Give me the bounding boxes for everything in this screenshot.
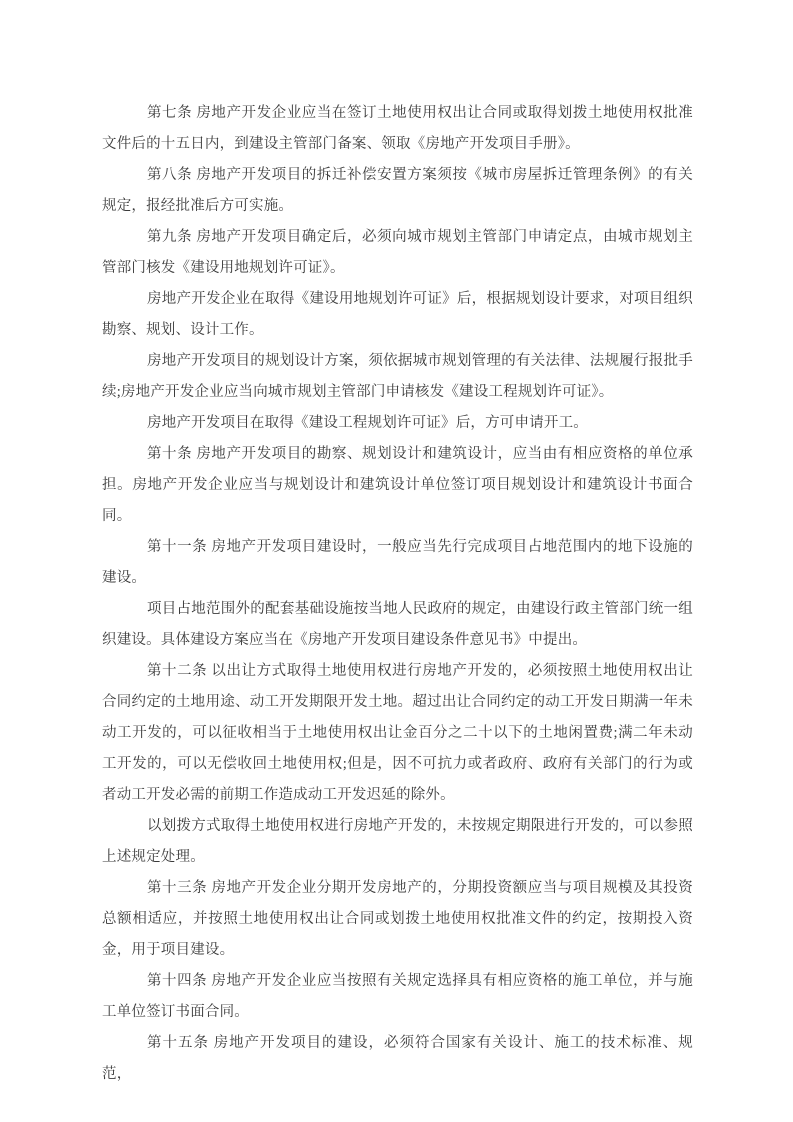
paragraph-article-7: 第七条 房地产开发企业应当在签订土地使用权出让合同或取得划拨土地使用权批准文件后… [102, 98, 693, 160]
document-page: 第七条 房地产开发企业应当在签订土地使用权出让合同或取得划拨土地使用权批准文件后… [0, 0, 793, 1122]
document-body: 第七条 房地产开发企业应当在签订土地使用权出让合同或取得划拨土地使用权批准文件后… [102, 98, 693, 1090]
paragraph-article-13: 第十三条 房地产开发企业分期开发房地产的，分期投资额应当与项目规模及其投资总额相… [102, 873, 693, 966]
paragraph-article-9-cont-2: 房地产开发项目的规划设计方案，须依据城市规划管理的有关法律、法规履行报批手续;房… [102, 346, 693, 408]
paragraph-article-12: 第十二条 以出让方式取得土地使用权进行房地产开发的，必须按照土地使用权出让合同约… [102, 656, 693, 811]
paragraph-article-10: 第十条 房地产开发项目的勘察、规划设计和建筑设计，应当由有相应资格的单位承担。房… [102, 439, 693, 532]
paragraph-article-11-cont-1: 项目占地范围外的配套基础设施按当地人民政府的规定，由建设行政主管部门统一组织建设… [102, 594, 693, 656]
paragraph-article-9-cont-3: 房地产开发项目在取得《建设工程规划许可证》后，方可申请开工。 [102, 408, 693, 439]
paragraph-article-15: 第十五条 房地产开发项目的建设，必须符合国家有关设计、施工的技术标准、规范， [102, 1028, 693, 1090]
paragraph-article-12-cont-1: 以划拨方式取得土地使用权进行房地产开发的，未按规定期限进行开发的，可以参照上述规… [102, 811, 693, 873]
paragraph-article-11: 第十一条 房地产开发项目建设时，一般应当先行完成项目占地范围内的地下设施的建设。 [102, 532, 693, 594]
paragraph-article-9: 第九条 房地产开发项目确定后，必须向城市规划主管部门申请定点，由城市规划主管部门… [102, 222, 693, 284]
paragraph-article-8: 第八条 房地产开发项目的拆迁补偿安置方案须按《城市房屋拆迁管理条例》的有关规定，… [102, 160, 693, 222]
paragraph-article-14: 第十四条 房地产开发企业应当按照有关规定选择具有相应资格的施工单位，并与施工单位… [102, 966, 693, 1028]
paragraph-article-9-cont-1: 房地产开发企业在取得《建设用地规划许可证》后，根据规划设计要求，对项目组织勘察、… [102, 284, 693, 346]
